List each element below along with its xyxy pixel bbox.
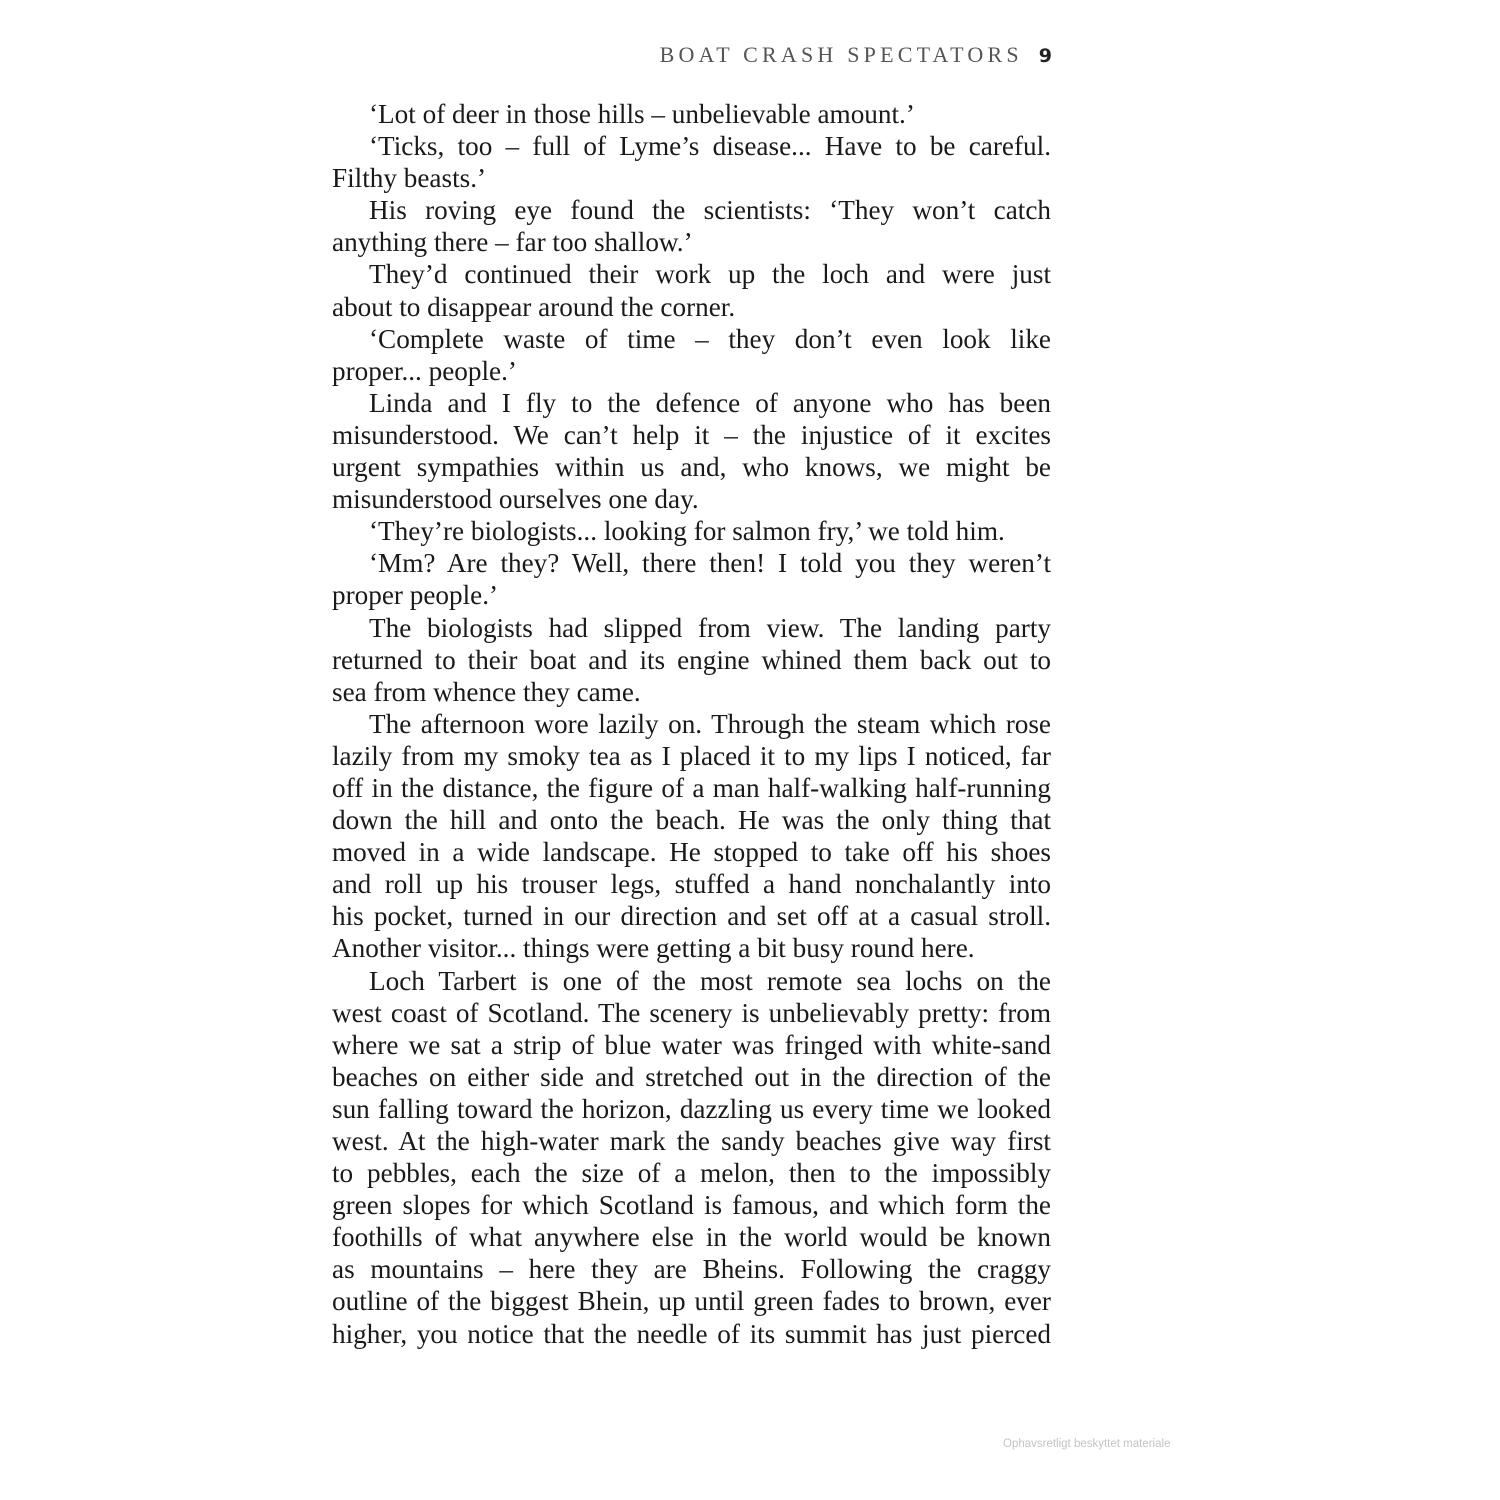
text-line: lazily from my smoky tea as I placed it … <box>332 740 1051 772</box>
text-line: outline of the biggest Bhein, up until g… <box>332 1285 1051 1317</box>
paragraph: ‘Ticks, too – full of Lyme’s disease... … <box>332 130 1051 194</box>
text-line: urgent sympathies within us and, who kno… <box>332 451 1051 483</box>
text-line: Filthy beasts.’ <box>332 162 1051 194</box>
paragraph: Linda and I fly to the defence of anyone… <box>332 387 1051 515</box>
text-line: Another visitor... things were getting a… <box>332 932 1051 964</box>
text-line: proper people.’ <box>332 579 1051 611</box>
text-line: about to disappear around the corner. <box>332 291 1051 323</box>
text-line: They’d continued their work up the loch … <box>332 258 1051 290</box>
text-line: beaches on either side and stretched out… <box>332 1061 1051 1093</box>
text-line: off in the distance, the figure of a man… <box>332 772 1051 804</box>
text-line: his pocket, turned in our direction and … <box>332 900 1051 932</box>
paragraph: Loch Tarbert is one of the most remote s… <box>332 965 1051 1350</box>
body-text: ‘Lot of deer in those hills – unbelievab… <box>332 98 1051 1350</box>
paragraph: ‘They’re biologists... looking for salmo… <box>332 515 1051 547</box>
text-line: Loch Tarbert is one of the most remote s… <box>332 965 1051 997</box>
paragraph: His roving eye found the scientists: ‘Th… <box>332 194 1051 258</box>
text-line: west coast of Scotland. The scenery is u… <box>332 997 1051 1029</box>
paragraph: ‘Lot of deer in those hills – unbelievab… <box>332 98 1051 130</box>
paragraph: ‘Mm? Are they? Well, there then! I told … <box>332 547 1051 611</box>
text-line: higher, you notice that the needle of it… <box>332 1318 1051 1350</box>
copyright-watermark: Ophavsretligt beskyttet materiale <box>1003 1438 1170 1450</box>
text-line: ‘Lot of deer in those hills – unbelievab… <box>332 98 1051 130</box>
running-title: BOAT CRASH SPECTATORS <box>660 42 1023 67</box>
text-line: ‘Mm? Are they? Well, there then! I told … <box>332 547 1051 579</box>
text-line: and roll up his trouser legs, stuffed a … <box>332 868 1051 900</box>
running-header: BOAT CRASH SPECTATORS9 <box>600 42 1052 68</box>
text-line: anything there – far too shallow.’ <box>332 226 1051 258</box>
text-line: foothills of what anywhere else in the w… <box>332 1221 1051 1253</box>
text-line: sea from whence they came. <box>332 676 1051 708</box>
text-line: where we sat a strip of blue water was f… <box>332 1029 1051 1061</box>
text-line: ‘Ticks, too – full of Lyme’s disease... … <box>332 130 1051 162</box>
book-page: BOAT CRASH SPECTATORS9 ‘Lot of deer in t… <box>0 0 1500 1500</box>
text-line: west. At the high-water mark the sandy b… <box>332 1125 1051 1157</box>
text-line: to pebbles, each the size of a melon, th… <box>332 1157 1051 1189</box>
text-line: misunderstood ourselves one day. <box>332 483 1051 515</box>
page-number: 9 <box>1039 45 1052 67</box>
text-line: proper... people.’ <box>332 355 1051 387</box>
text-line: down the hill and onto the beach. He was… <box>332 804 1051 836</box>
paragraph: The biologists had slipped from view. Th… <box>332 612 1051 708</box>
text-line: returned to their boat and its engine wh… <box>332 644 1051 676</box>
text-line: ‘Complete waste of time – they don’t eve… <box>332 323 1051 355</box>
paragraph: They’d continued their work up the loch … <box>332 258 1051 322</box>
text-line: as mountains – here they are Bheins. Fol… <box>332 1253 1051 1285</box>
paragraph: ‘Complete waste of time – they don’t eve… <box>332 323 1051 387</box>
paragraph: The afternoon wore lazily on. Through th… <box>332 708 1051 965</box>
text-line: sun falling toward the horizon, dazzling… <box>332 1093 1051 1125</box>
text-line: His roving eye found the scientists: ‘Th… <box>332 194 1051 226</box>
text-line: misunderstood. We can’t help it – the in… <box>332 419 1051 451</box>
text-line: Linda and I fly to the defence of anyone… <box>332 387 1051 419</box>
text-line: green slopes for which Scotland is famou… <box>332 1189 1051 1221</box>
text-line: The afternoon wore lazily on. Through th… <box>332 708 1051 740</box>
text-line: The biologists had slipped from view. Th… <box>332 612 1051 644</box>
text-line: ‘They’re biologists... looking for salmo… <box>332 515 1051 547</box>
text-line: moved in a wide landscape. He stopped to… <box>332 836 1051 868</box>
